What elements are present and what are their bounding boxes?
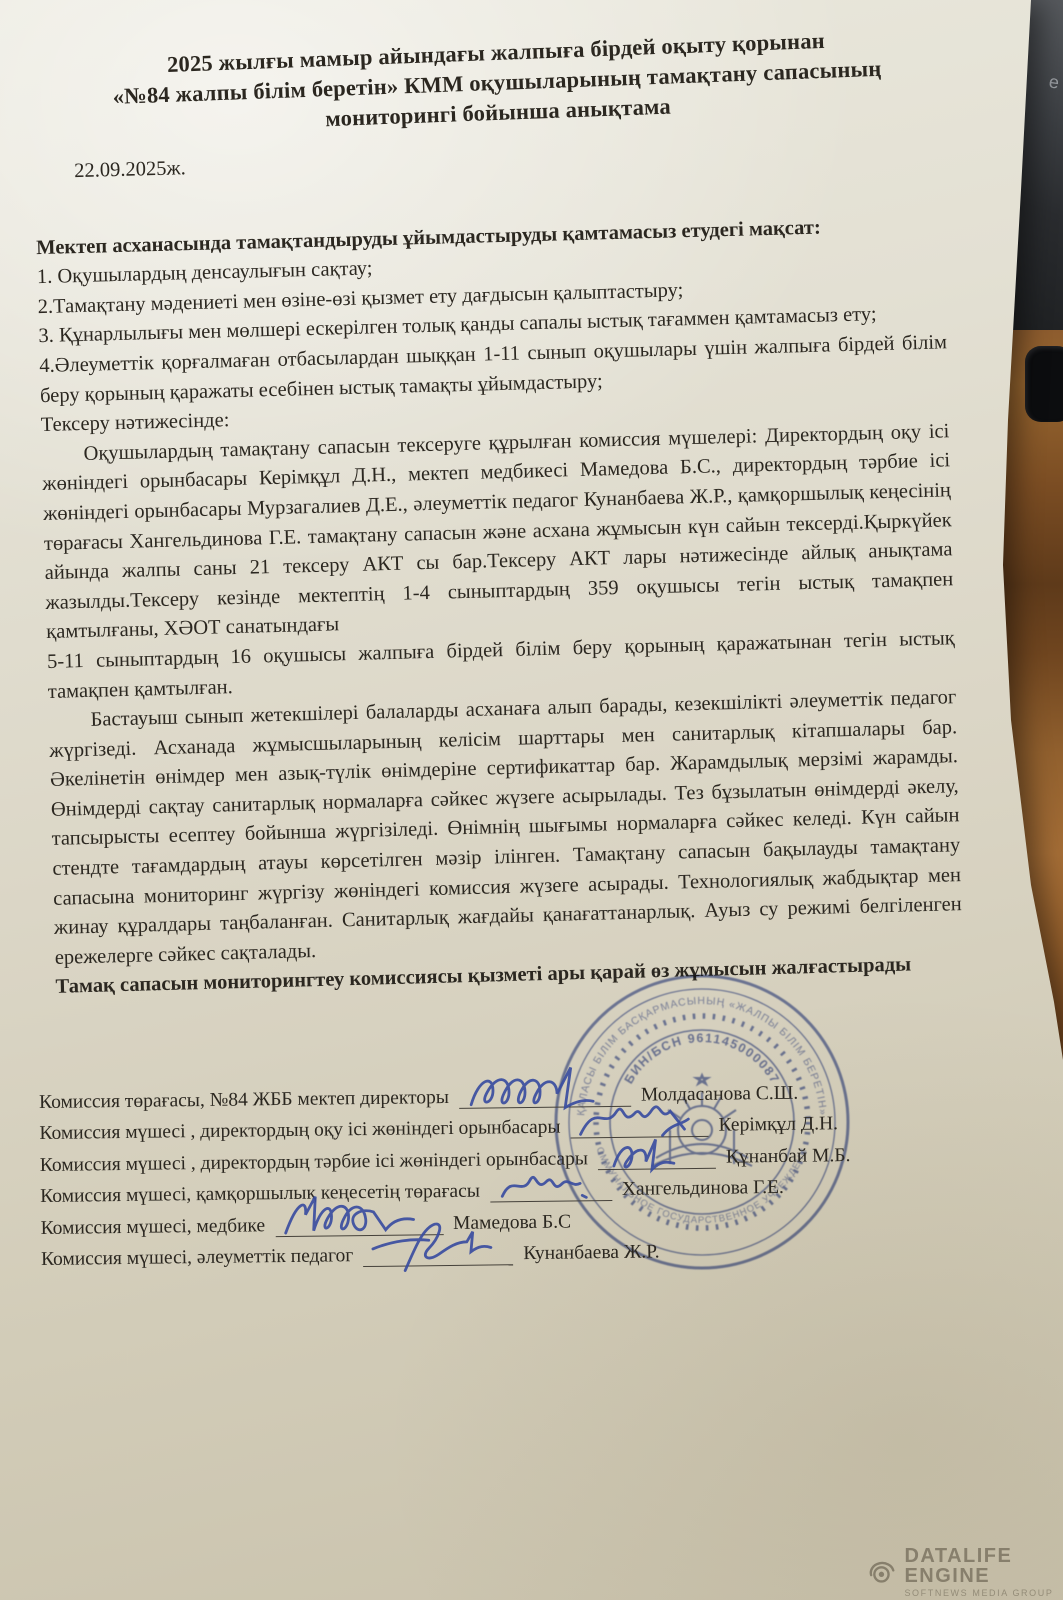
signature-scribble bbox=[604, 1131, 695, 1178]
watermark-subtitle: SOFTNEWS MEDIA GROUP bbox=[904, 1589, 1063, 1598]
signature-line bbox=[490, 1178, 612, 1202]
watermark-title: DATALIFE ENGINE bbox=[904, 1546, 1063, 1586]
signature-line bbox=[598, 1145, 716, 1169]
signature-name: Кунанбаева Ж.Р. bbox=[523, 1241, 659, 1265]
document-date: 22.09.2025ж. bbox=[74, 134, 942, 186]
signature-name: Құнанбай М.Б. bbox=[726, 1145, 851, 1169]
document-upper-block: 2025 жылғы мамыр айындағы жалпыға бірдей… bbox=[31, 26, 964, 1002]
watermark: DATALIFE ENGINE SOFTNEWS MEDIA GROUP bbox=[868, 1546, 1063, 1598]
signature-scribble bbox=[496, 1165, 597, 1210]
signature-name: Хангельдинова Г.Е. bbox=[622, 1177, 784, 1201]
signature-label: Комиссия мүшесі, әлеуметтік педагог bbox=[41, 1245, 354, 1271]
signature-label: Комиссия мүшесі, медбике bbox=[41, 1215, 266, 1240]
photo-scene: e 2025 жылғы мамыр айындағы жалпыға бірд… bbox=[0, 0, 1063, 1600]
watermark-logo-icon bbox=[868, 1554, 896, 1590]
signature-scribble bbox=[369, 1217, 500, 1275]
paragraph-canteen-check: Бастауыш сынып жетекшілері балаларды асх… bbox=[48, 683, 963, 973]
signature-name: Керімқұл Д.Н. bbox=[718, 1113, 838, 1136]
signature-line bbox=[363, 1242, 513, 1267]
document-content: 2025 жылғы мамыр айындағы жалпыға бірдей… bbox=[46, 50, 954, 1003]
paragraph-commission: Оқушылардың тамақтану сапасын тексеруге … bbox=[41, 417, 954, 648]
signature-block: Комиссия төрағасы, №84 ЖББ мектеп директ… bbox=[39, 1071, 981, 1271]
